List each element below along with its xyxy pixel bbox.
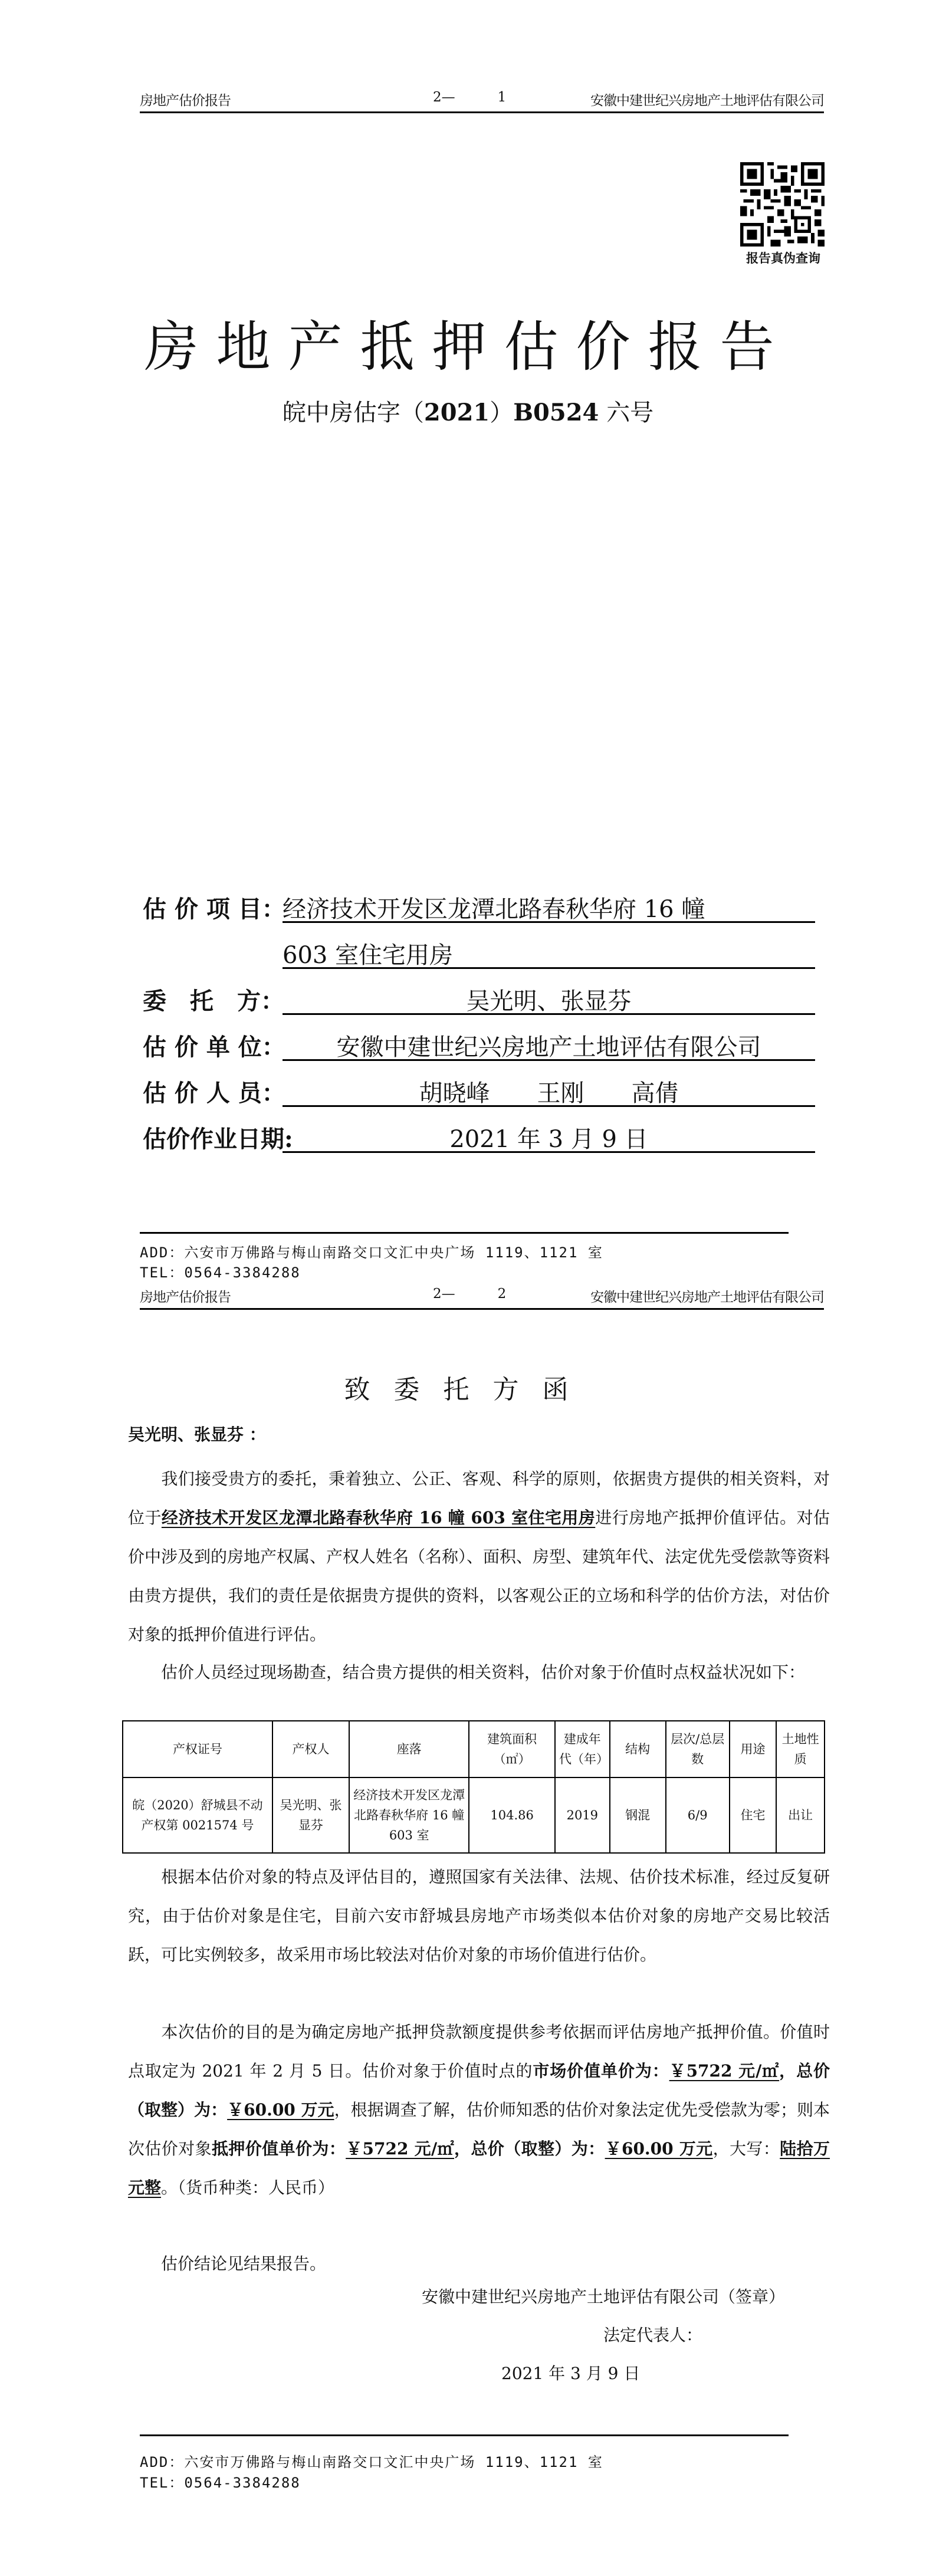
cover-row-date: 估价作业日期: 2021 年 3 月 9 日 bbox=[143, 1121, 815, 1162]
cover-row-project: 估 价 项 目： 经济技术开发区龙潭北路春秋华府 16 幢 bbox=[143, 891, 815, 932]
signature-legal-rep: 法定代表人： bbox=[603, 2322, 702, 2346]
cover-value-project-line1: 经济技术开发区龙潭北路春秋华府 16 幢 bbox=[283, 891, 815, 923]
cell-cert-no: 皖（2020）舒城县不动产权第 0021574 号 bbox=[123, 1777, 272, 1853]
cover-value-date: 2021 年 3 月 9 日 bbox=[283, 1121, 815, 1153]
page1-header: 房地产估价报告 2—1 安徽中建世纪兴房地产土地评估有限公司 bbox=[140, 90, 824, 113]
th-year: 建成年代（年） bbox=[555, 1721, 610, 1777]
cover-value-appraisers: 胡晓峰 王刚 高倩 bbox=[283, 1075, 815, 1107]
th-land-type: 土地性质 bbox=[776, 1721, 825, 1777]
header-doc-type: 房地产估价报告 bbox=[140, 1286, 231, 1306]
cover-label: 估 价 人 员： bbox=[143, 1075, 285, 1108]
cover-value-client: 吴光明、张显芬 bbox=[283, 983, 815, 1015]
header-rule bbox=[140, 111, 824, 113]
table-row: 皖（2020）舒城县不动产权第 0021574 号 吴光明、张显芬 经济技术开发… bbox=[123, 1777, 825, 1853]
cell-floor: 6/9 bbox=[666, 1777, 730, 1853]
th-location: 座落 bbox=[349, 1721, 469, 1777]
th-owner: 产权人 bbox=[272, 1721, 349, 1777]
header-page-number: 2—2 bbox=[433, 1286, 506, 1302]
th-usage: 用途 bbox=[730, 1721, 776, 1777]
footer-tel: TEL：0564-3384288 bbox=[140, 2471, 301, 2492]
cell-usage: 住宅 bbox=[730, 1777, 776, 1853]
cover-label: 估 价 单 位： bbox=[143, 1029, 285, 1062]
footer-rule bbox=[140, 1232, 789, 1234]
mortgage-total-price: ￥60.00 万元 bbox=[605, 2139, 713, 2158]
cell-location: 经济技术开发区龙潭北路春秋华府 16 幢 603 室 bbox=[349, 1777, 469, 1853]
page2-header: 房地产估价报告 2—2 安徽中建世纪兴房地产土地评估有限公司 bbox=[140, 1286, 824, 1310]
header-rule bbox=[140, 1308, 824, 1310]
footer-address: ADD：六安市万佛路与梅山南路交口文汇中央广场 1119、1121 室 bbox=[140, 2450, 603, 2471]
cell-structure: 钢混 bbox=[610, 1777, 666, 1853]
cover-label: 估 价 项 目： bbox=[143, 891, 285, 924]
footer-rule bbox=[140, 2434, 789, 2436]
cover-row-client: 委 托 方： 吴光明、张显芬 bbox=[143, 983, 815, 1024]
cell-area: 104.86 bbox=[469, 1777, 555, 1853]
para-conclusion: 估价结论见结果报告。 bbox=[128, 2245, 830, 2283]
subject-property: 经济技术开发区龙潭北路春秋华府 16 幢 603 室住宅用房 bbox=[162, 1508, 595, 1527]
th-structure: 结构 bbox=[610, 1721, 666, 1777]
cover-row-appraiser-org: 估 价 单 位： 安徽中建世纪兴房地产土地评估有限公司 bbox=[143, 1029, 815, 1070]
cell-owner: 吴光明、张显芬 bbox=[272, 1777, 349, 1853]
footer-tel: TEL：0564-3384288 bbox=[140, 1261, 301, 1282]
cover-label: 委 托 方： bbox=[143, 983, 284, 1016]
mortgage-unit-price: ￥5722 元/㎡ bbox=[346, 2139, 454, 2158]
footer-address: ADD：六安市万佛路与梅山南路交口文汇中央广场 1119、1121 室 bbox=[140, 1241, 603, 1261]
para-engagement: 我们接受贵方的委托，秉着独立、公正、客观、科学的原则，依据贵方提供的相关资料，对… bbox=[128, 1460, 830, 1654]
header-page-number: 2—1 bbox=[433, 90, 506, 105]
qr-code-icon[interactable] bbox=[740, 162, 825, 247]
table-header-row: 产权证号 产权人 座落 建筑面积（㎡） 建成年代（年） 结构 层次/总层数 用途… bbox=[123, 1721, 825, 1777]
th-cert-no: 产权证号 bbox=[123, 1721, 272, 1777]
qr-caption: 报告真伪查询 bbox=[733, 249, 833, 267]
report-title: 房地产抵押估价报告 bbox=[0, 304, 936, 382]
signature-company: 安徽中建世纪兴房地产土地评估有限公司（签章） bbox=[422, 2284, 785, 2308]
cover-value-appraiser-org: 安徽中建世纪兴房地产土地评估有限公司 bbox=[283, 1029, 815, 1061]
market-unit-price: ￥5722 元/㎡ bbox=[669, 2061, 780, 2081]
header-doc-type: 房地产估价报告 bbox=[140, 90, 231, 109]
para-rights-intro: 估价人员经过现场勘查，结合贵方提供的相关资料，估价对象于价值时点权益状况如下： bbox=[128, 1653, 830, 1692]
th-area: 建筑面积（㎡） bbox=[469, 1721, 555, 1777]
cell-land-type: 出让 bbox=[776, 1777, 825, 1853]
cover-value-project-line2: 603 室住宅用房 bbox=[283, 937, 815, 969]
signature-date: 2021 年 3 月 9 日 bbox=[501, 2361, 640, 2384]
cover-row-appraisers: 估 价 人 员： 胡晓峰 王刚 高倩 bbox=[143, 1075, 815, 1116]
header-company: 安徽中建世纪兴房地产土地评估有限公司 bbox=[590, 90, 824, 109]
cover-label: 估价作业日期: bbox=[143, 1121, 293, 1154]
salutation: 吴光明、张显芬 ： bbox=[128, 1422, 266, 1445]
report-number: 皖中房估字（2021）B0524 六号 bbox=[0, 394, 936, 428]
property-rights-table: 产权证号 产权人 座落 建筑面积（㎡） 建成年代（年） 结构 层次/总层数 用途… bbox=[122, 1720, 825, 1854]
header-company: 安徽中建世纪兴房地产土地评估有限公司 bbox=[590, 1286, 824, 1306]
para-valuation-result: 本次估价的目的是为确定房地产抵押贷款额度提供参考依据而评估房地产抵押价值。价值时… bbox=[128, 2013, 830, 2207]
cover-row-project-cont: 603 室住宅用房 bbox=[143, 937, 815, 978]
cell-year: 2019 bbox=[555, 1777, 610, 1853]
letter-title: 致委托方函 bbox=[0, 1368, 936, 1406]
market-total-price: ￥60.00 万元 bbox=[227, 2100, 334, 2120]
para-method: 根据本估价对象的特点及评估目的，遵照国家有关法律、法规、估价技术标准，经过反复研… bbox=[128, 1858, 830, 1974]
th-floor: 层次/总层数 bbox=[666, 1721, 730, 1777]
